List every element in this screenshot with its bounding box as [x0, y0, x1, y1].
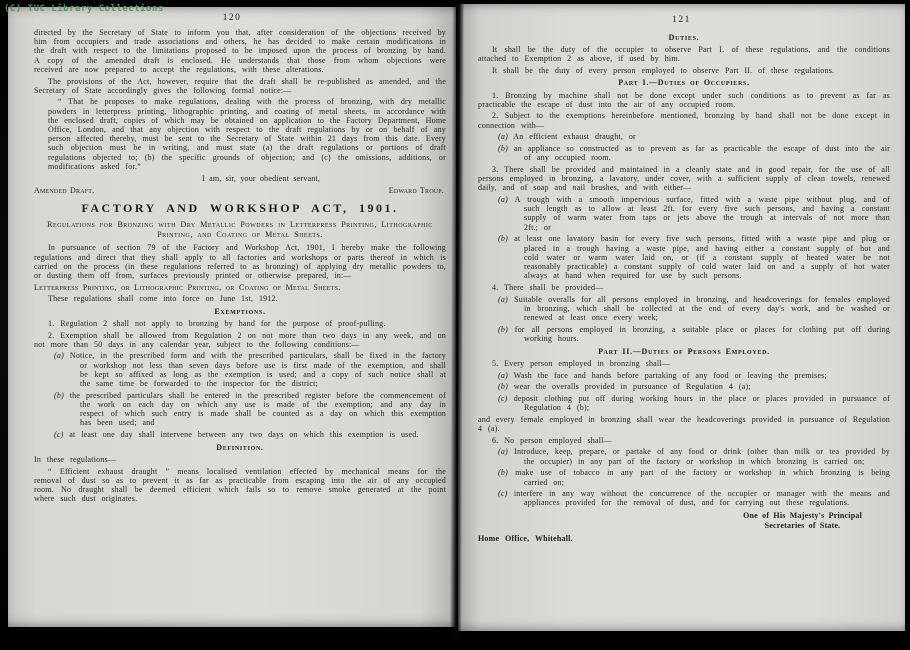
amended-draft-label: Amended Draft.	[34, 186, 94, 195]
paragraph: 5. Every person employed in bronzing sha…	[478, 359, 890, 368]
list-item: (a) An efficient exhaust draught, or	[478, 132, 890, 141]
paragraph: 4. There shall be provided—	[478, 283, 890, 292]
page-120-content: directed by the Secretary of State to in…	[34, 28, 446, 506]
page-number-right: 121	[458, 15, 905, 25]
act-subtitle: Regulations for Bronzing with Dry Metall…	[34, 220, 446, 240]
paragraph: The provisions of the Act, however, requ…	[34, 77, 446, 95]
paragraph: In these regulations—	[34, 455, 446, 464]
list-item-text: An efficient exhaust draught, or	[508, 132, 636, 141]
list-item: (b) the prescribed particulars shall be …	[34, 391, 446, 428]
list-item: (b) at least one lavatory basin for ever…	[478, 234, 890, 280]
paragraph: 1. Bronzing by machine shall not be done…	[478, 91, 890, 109]
quoted-notice: “ That he proposes to make regulations, …	[48, 97, 446, 171]
paragraph: These regulations shall come into force …	[34, 294, 446, 303]
valediction-line: I am, sir, your obedient servant,	[202, 174, 446, 183]
list-item: (a) Notice, in the prescribed form and w…	[34, 351, 446, 388]
list-item-text: Introduce, keep, prepare, or partake of …	[508, 447, 890, 465]
list-item-label: (a)	[498, 132, 508, 141]
paragraph: 2. Exemption shall be allowed from Regul…	[34, 331, 446, 349]
section-heading: Part I.—Duties of Occupiers.	[478, 78, 890, 87]
paragraph: 3. There shall be provided and maintaine…	[478, 165, 890, 193]
list-item-label: (b)	[498, 144, 508, 153]
paragraph: Home Office, Whitehall.	[478, 534, 890, 543]
list-item-text: at least one day shall intervene between…	[63, 430, 418, 439]
list-item: (a) A trough with a smooth impervious su…	[478, 195, 890, 232]
list-item-text: interfere in any way without the concurr…	[507, 489, 890, 507]
list-item-text: an appliance so constructed as to preven…	[508, 144, 890, 162]
list-item-text: make use of tobacco in any part of the f…	[508, 468, 890, 486]
list-item-text: wear the overalls provided in pursuance …	[508, 382, 751, 391]
section-heading: Duties.	[478, 33, 890, 42]
list-item-text: Suitable overalls for all persons employ…	[508, 295, 890, 322]
smallcaps-line: Letterpress Printing, or Lithographic Pr…	[34, 283, 446, 292]
list-item-text: deposit clothing put off during working …	[507, 394, 890, 412]
list-item: (b) for all persons employed in bronzing…	[478, 325, 890, 343]
paragraph: and every female employed in bronzing sh…	[478, 415, 890, 433]
list-item-label: (b)	[54, 391, 64, 400]
signatory-name: Edward Troup.	[389, 186, 444, 195]
library-watermark: (C) TUC Library Collections	[4, 4, 164, 14]
closing-signature-line: Secretaries of State.	[743, 521, 862, 532]
page-120: 120 directed by the Secretary of State t…	[8, 7, 456, 627]
paragraph: It shall be the duty of the occupier to …	[478, 45, 890, 63]
section-heading: Part II.—Duties of Persons Employed.	[478, 347, 890, 356]
page-121: 121 Duties.It shall be the duty of the o…	[458, 4, 905, 631]
page-121-content: Duties.It shall be the duty of the occup…	[478, 29, 890, 545]
section-heading: Exemptions.	[34, 307, 446, 316]
list-item-text: at least one lavatory basin for every fi…	[508, 234, 890, 280]
list-item-label: (b)	[498, 325, 508, 334]
list-item-label: (b)	[498, 234, 508, 243]
list-item: (b) an appliance so constructed as to pr…	[478, 144, 890, 162]
act-title: FACTORY AND WORKSHOP ACT, 1901.	[34, 201, 446, 215]
closing-signature-line: One of His Majesty's Principal	[743, 511, 862, 522]
paragraph: 6. No person employed shall—	[478, 436, 890, 445]
list-item: (a) Wash the face and hands before parta…	[478, 371, 890, 380]
signature-row: Amended Draft.Edward Troup.	[34, 186, 444, 195]
list-item-label: (b)	[498, 468, 508, 477]
paragraph: directed by the Secretary of State to in…	[34, 28, 446, 74]
section-heading: Definition.	[34, 443, 446, 452]
list-item: (b) make use of tobacco in any part of t…	[478, 468, 890, 486]
list-item-label: (a)	[54, 351, 64, 360]
list-item: (b) wear the overalls provided in pursua…	[478, 382, 890, 391]
list-item: (c) at least one day shall intervene bet…	[34, 430, 446, 439]
list-item-text: Wash the face and hands before partaking…	[508, 371, 827, 380]
paragraph: 1. Regulation 2 shall not apply to bronz…	[34, 319, 446, 328]
list-item: (c) interfere in any way without the con…	[478, 489, 890, 507]
paragraph: 2. Subject to the exemptions hereinbefor…	[478, 111, 890, 129]
list-item-text: A trough with a smooth impervious surfac…	[508, 195, 890, 232]
list-item-text: for all persons employed in bronzing, a …	[508, 325, 890, 343]
paragraph: “ Efficient exhaust draught ” means loca…	[34, 467, 446, 504]
list-item-label: (a)	[498, 295, 508, 304]
list-item-text: the prescribed particulars shall be ente…	[64, 391, 446, 428]
list-item: (c) deposit clothing put off during work…	[478, 394, 890, 412]
list-item: (a) Suitable overalls for all persons em…	[478, 295, 890, 323]
list-item-label: (a)	[498, 195, 508, 204]
paragraph: In pursuance of section 79 of the Factor…	[34, 243, 446, 280]
list-item-label: (a)	[498, 371, 508, 380]
list-item: (a) Introduce, keep, prepare, or partake…	[478, 447, 890, 465]
list-item-label: (a)	[498, 447, 508, 456]
list-item-text: Notice, in the prescribed form and with …	[64, 351, 446, 388]
paragraph: It shall be the duty of every person emp…	[478, 66, 890, 75]
list-item-label: (b)	[498, 382, 508, 391]
page-number-left: 120	[8, 13, 456, 23]
document-photo-background: 120 directed by the Secretary of State t…	[0, 0, 910, 650]
closing-signature: One of His Majesty's PrincipalSecretarie…	[743, 511, 862, 532]
